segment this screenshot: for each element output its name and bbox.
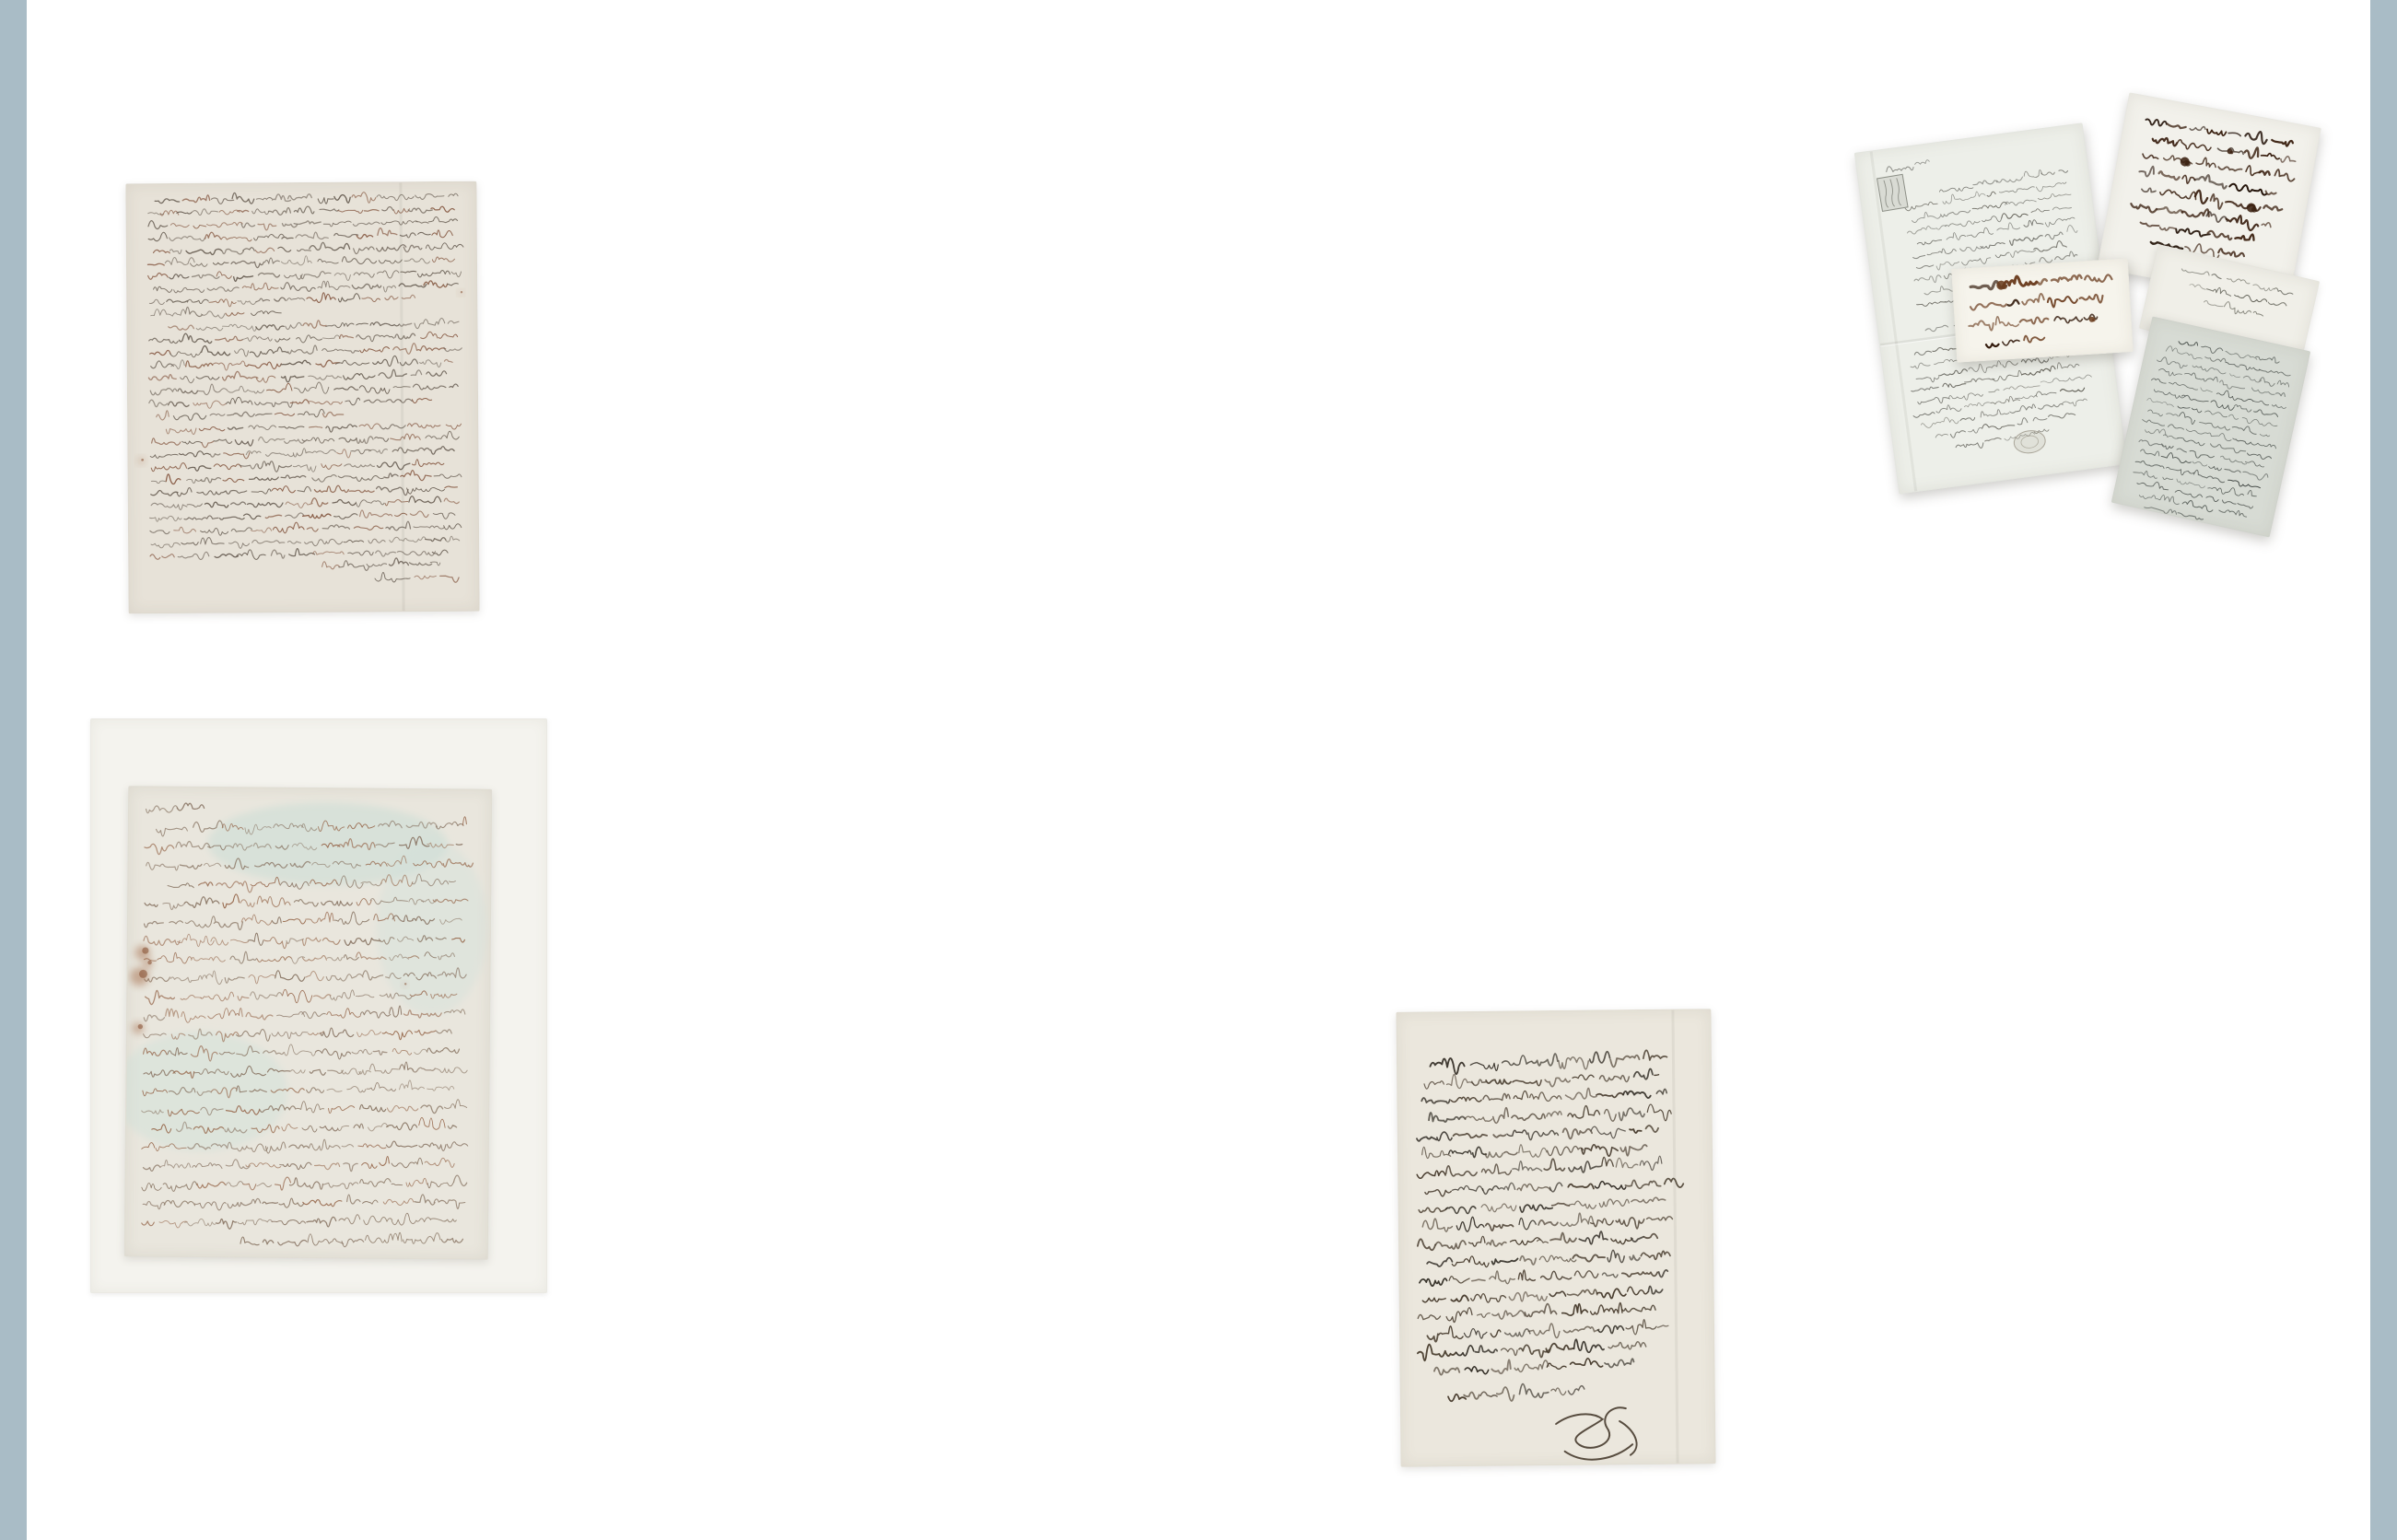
pile-grey-blue-page: [2111, 316, 2311, 537]
tax-stamp-mark: [1877, 174, 1909, 211]
catalog-page: [0, 0, 2397, 1540]
manuscript-letter-top-left-handwriting: [126, 182, 478, 613]
left-margin-band: [0, 0, 27, 1540]
manuscript-letter-bottom-center: [1396, 1009, 1715, 1467]
manuscript-letter-mid-left: [124, 786, 492, 1259]
manuscript-letter-top-left: [125, 181, 479, 614]
manuscript-letter-bottom-center-handwriting: [1397, 1009, 1714, 1466]
pile-receipt-slip: [1951, 258, 2134, 363]
right-margin-band: [2370, 0, 2397, 1540]
pile-grey-blue-page-handwriting: [2112, 318, 2309, 537]
manuscript-letter-mid-left-handwriting: [125, 787, 491, 1258]
pile-receipt-slip-handwriting: [1952, 259, 2133, 361]
